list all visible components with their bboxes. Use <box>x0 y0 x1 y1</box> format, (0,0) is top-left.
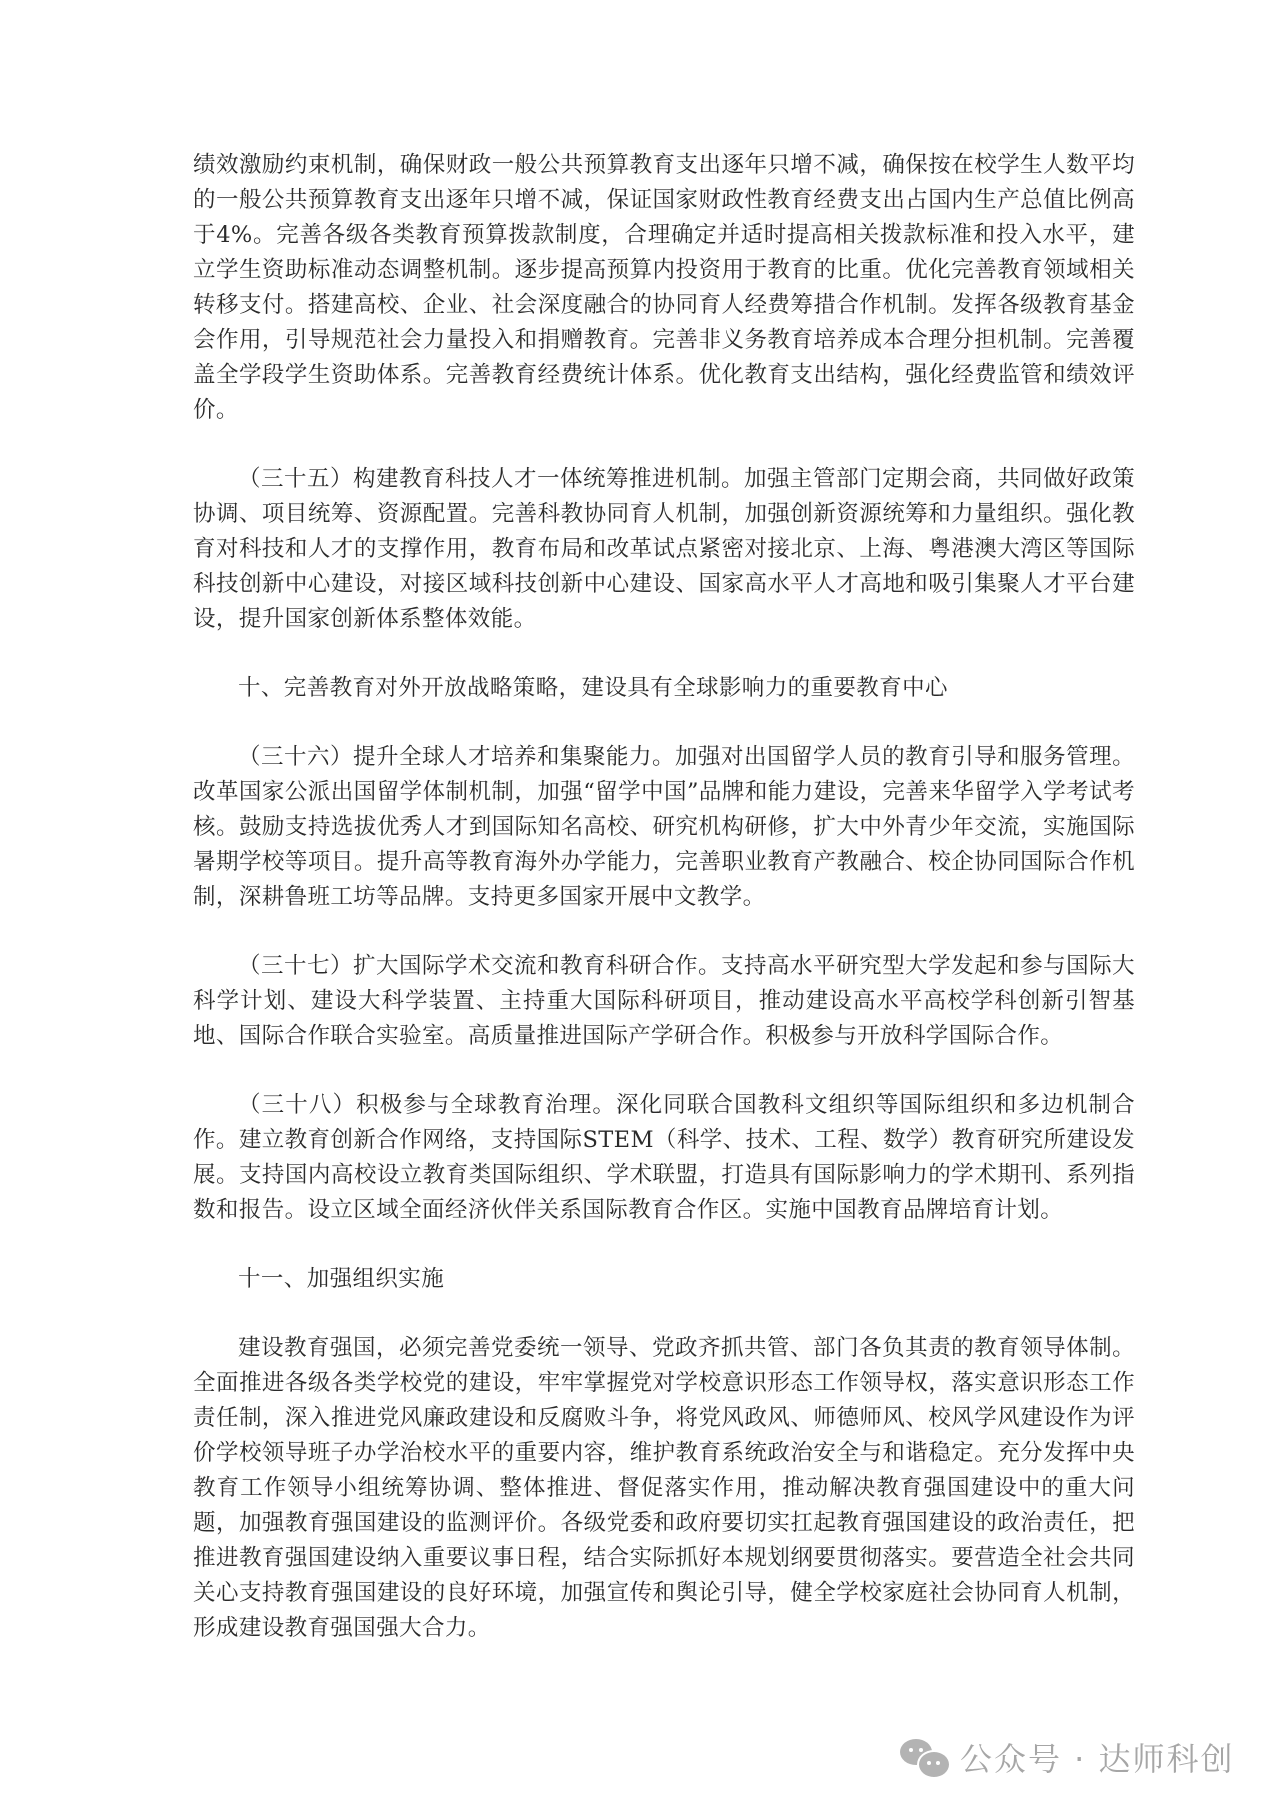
wechat-icon <box>900 1737 950 1777</box>
paragraph-37: （三十七）扩大国际学术交流和教育科研合作。支持高水平研究型大学发起和参与国际大科… <box>193 949 1135 1054</box>
paragraph-gap <box>193 1297 1135 1331</box>
paragraph-36: （三十六）提升全球人才培养和集聚能力。加强对出国留学人员的教育引导和服务管理。改… <box>193 740 1135 915</box>
paragraph-35: （三十五）构建教育科技人才一体统筹推进机制。加强主管部门定期会商，共同做好政策协… <box>193 462 1135 637</box>
paragraph-gap <box>193 706 1135 740</box>
paragraph-implementation: 建设教育强国，必须完善党委统一领导、党政齐抓共管、部门各负其责的教育领导体制。全… <box>193 1331 1135 1646</box>
section-heading-11: 十一、加强组织实施 <box>193 1262 1135 1297</box>
paragraph-gap <box>193 428 1135 462</box>
paragraph-gap <box>193 637 1135 671</box>
section-heading-10: 十、完善教育对外开放战略策略，建设具有全球影响力的重要教育中心 <box>193 671 1135 706</box>
paragraph-gap <box>193 1228 1135 1262</box>
paragraph-gap <box>193 1054 1135 1088</box>
document-page: 绩效激励约束机制，确保财政一般公共预算教育支出逐年只增不减，确保按在校学生人数平… <box>193 148 1135 1646</box>
watermark: 公众号 · 达师科创 <box>900 1734 1235 1780</box>
paragraph-38: （三十八）积极参与全球教育治理。深化同联合国教科文组织等国际组织和多边机制合作。… <box>193 1088 1135 1228</box>
paragraph-gap <box>193 915 1135 949</box>
watermark-text: 公众号 · 达师科创 <box>960 1734 1235 1780</box>
paragraph-funding: 绩效激励约束机制，确保财政一般公共预算教育支出逐年只增不减，确保按在校学生人数平… <box>193 148 1135 428</box>
